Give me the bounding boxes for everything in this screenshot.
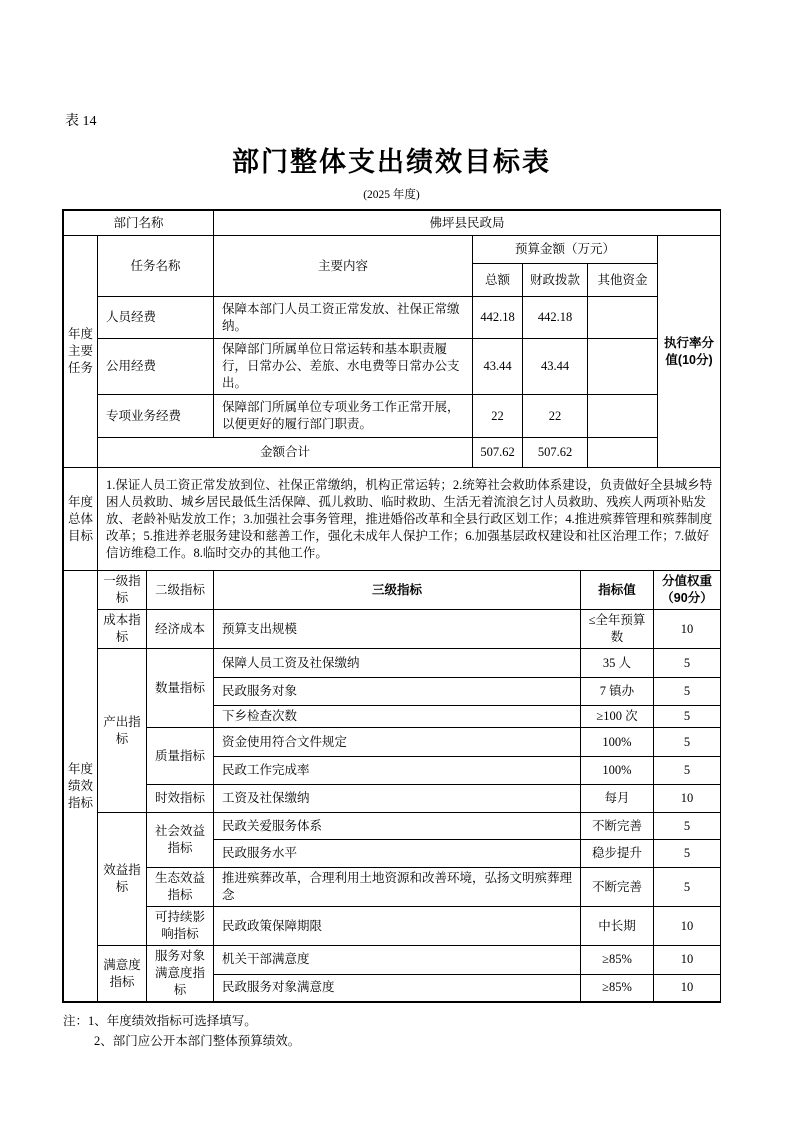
indicator-weight: 5 [654, 649, 721, 678]
col-header-total: 总额 [473, 264, 523, 297]
main-table-frame: 部门名称 佛坪县民政局 年度主要任务 任务名称 主要内容 预算金额（万元） 执行… [63, 210, 720, 1002]
indicator-name: 民政关爱服务体系 [214, 813, 581, 840]
level2-quantity: 数量指标 [147, 649, 214, 728]
indicator-value: 7 镇办 [581, 678, 654, 706]
indicator-name: 工资及社保缴纳 [214, 785, 581, 813]
table-number-label: 表 14 [65, 110, 720, 130]
indicator-name: 保障人员工资及社保缴纳 [214, 649, 581, 678]
document-page: 表 14 部门整体支出绩效目标表 (2025 年度) 部门名称 佛坪县民政局 年… [0, 0, 792, 1121]
col-header-weight: 分值权重（90分） [654, 571, 721, 610]
indicator-value: 不断完善 [581, 868, 654, 907]
dept-name-label: 部门名称 [64, 211, 214, 236]
indicators-table: 年度绩效指标 一级指标 二级指标 三级指标 指标值 分值权重（90分） 成本指标… [63, 570, 721, 1002]
indicator-weight: 5 [654, 728, 721, 757]
footnote-line-1: 注：1、年度绩效指标可选择填写。 [63, 1011, 720, 1031]
task-other [588, 297, 658, 339]
dept-name-value: 佛坪县民政局 [214, 211, 721, 236]
annual-goal-table: 年度总体目标 1.保证人员工资正常发放到位、社保正常缴纳，机构正常运转；2.统筹… [63, 467, 721, 571]
indicator-weight: 5 [654, 813, 721, 840]
section-label-performance-indicators: 年度绩效指标 [64, 571, 98, 1002]
level2-social: 社会效益指标 [147, 813, 214, 868]
table-row: 产出指标 数量指标 保障人员工资及社保缴纳 35 人 5 [64, 649, 721, 678]
level2-service-satisfaction: 服务对象满意度指标 [147, 946, 214, 1002]
task-content: 保障部门所属单位专项业务工作正常开展，以便更好的履行部门职责。 [214, 395, 473, 438]
table-row: 成本指标 经济成本 预算支出规模 ≤全年预算数 10 [64, 610, 721, 649]
dept-table: 部门名称 佛坪县民政局 [63, 210, 721, 236]
indicator-value: 35 人 [581, 649, 654, 678]
section-label-annual-tasks: 年度主要任务 [64, 236, 98, 468]
level2-timeliness: 时效指标 [147, 785, 214, 813]
summary-total: 507.62 [473, 438, 523, 468]
indicator-weight: 10 [654, 946, 721, 975]
level2-sustainable: 可持续影响指标 [147, 907, 214, 946]
indicator-weight: 10 [654, 785, 721, 813]
indicator-name: 推进殡葬改革，合理利用土地资源和改善环境，弘扬文明殡葬理念 [214, 868, 581, 907]
col-header-level3: 三级指标 [214, 571, 581, 610]
level1-satisfaction: 满意度指标 [98, 946, 147, 1002]
level1-benefit: 效益指标 [98, 813, 147, 946]
task-other [588, 339, 658, 395]
summary-label: 金额合计 [98, 438, 473, 468]
col-header-fiscal: 财政拨款 [523, 264, 588, 297]
indicator-value: ≤全年预算数 [581, 610, 654, 649]
task-name: 专项业务经费 [98, 395, 214, 438]
indicator-name: 预算支出规模 [214, 610, 581, 649]
page-subtitle: (2025 年度) [63, 186, 720, 202]
indicator-weight: 5 [654, 840, 721, 868]
indicator-value: 稳步提升 [581, 840, 654, 868]
indicator-value: ≥85% [581, 974, 654, 1001]
indicator-name: 资金使用符合文件规定 [214, 728, 581, 757]
task-fiscal: 43.44 [523, 339, 588, 395]
indicator-name: 下乡检查次数 [214, 706, 581, 728]
table-row: 时效指标 工资及社保缴纳 每月 10 [64, 785, 721, 813]
task-other [588, 395, 658, 438]
sheet: 表 14 部门整体支出绩效目标表 (2025 年度) 部门名称 佛坪县民政局 年… [63, 0, 720, 1051]
table-row: 专项业务经费 保障部门所属单位专项业务工作正常开展，以便更好的履行部门职责。 2… [64, 395, 721, 438]
col-header-task-name: 任务名称 [98, 236, 214, 297]
table-row: 生态效益指标 推进殡葬改革，合理利用土地资源和改善环境，弘扬文明殡葬理念 不断完… [64, 868, 721, 907]
summary-other [588, 438, 658, 468]
table-row: 金额合计 507.62 507.62 [64, 438, 721, 468]
summary-fiscal: 507.62 [523, 438, 588, 468]
indicator-value: ≥85% [581, 946, 654, 975]
table-row: 质量指标 资金使用符合文件规定 100% 5 [64, 728, 721, 757]
level1-output: 产出指标 [98, 649, 147, 813]
execution-rate-score-cell: 执行率分值(10分) [658, 236, 721, 468]
task-content: 保障部门所属单位日常运转和基本职责履行，日常办公、差旅、水电费等日常办公支出。 [214, 339, 473, 395]
indicator-weight: 5 [654, 868, 721, 907]
footnote-line-2: 2、部门应公开本部门整体预算绩效。 [63, 1031, 720, 1051]
table-row: 满意度指标 服务对象满意度指标 机关干部满意度 ≥85% 10 [64, 946, 721, 975]
indicator-name: 民政服务对象满意度 [214, 974, 581, 1001]
col-header-budget-group: 预算金额（万元） [473, 236, 658, 264]
task-total: 22 [473, 395, 523, 438]
indicator-name: 机关干部满意度 [214, 946, 581, 975]
level2-economic: 经济成本 [147, 610, 214, 649]
indicator-value: 中长期 [581, 907, 654, 946]
level1-cost: 成本指标 [98, 610, 147, 649]
indicator-value: ≥100 次 [581, 706, 654, 728]
indicator-value: 每月 [581, 785, 654, 813]
task-fiscal: 22 [523, 395, 588, 438]
page-title: 部门整体支出绩效目标表 [63, 140, 720, 179]
indicator-name: 民政政策保障期限 [214, 907, 581, 946]
task-content: 保障本部门人员工资正常发放、社保正常缴纳。 [214, 297, 473, 339]
col-header-level1: 一级指标 [98, 571, 147, 610]
task-fiscal: 442.18 [523, 297, 588, 339]
indicator-weight: 5 [654, 706, 721, 728]
indicator-weight: 10 [654, 610, 721, 649]
level2-quality: 质量指标 [147, 728, 214, 785]
indicator-value: 100% [581, 728, 654, 757]
indicator-weight: 5 [654, 678, 721, 706]
indicator-weight: 10 [654, 974, 721, 1001]
indicator-name: 民政工作完成率 [214, 757, 581, 785]
annual-goal-text: 1.保证人员工资正常发放到位、社保正常缴纳，机构正常运转；2.统筹社会救助体系建… [98, 468, 721, 571]
indicator-value: 100% [581, 757, 654, 785]
section-label-annual-goal: 年度总体目标 [64, 468, 98, 571]
indicator-weight: 5 [654, 757, 721, 785]
tasks-table: 年度主要任务 任务名称 主要内容 预算金额（万元） 执行率分值(10分) 总额 … [63, 235, 721, 468]
level2-ecological: 生态效益指标 [147, 868, 214, 907]
indicator-name: 民政服务对象 [214, 678, 581, 706]
indicator-weight: 10 [654, 907, 721, 946]
table-row: 人员经费 保障本部门人员工资正常发放、社保正常缴纳。 442.18 442.18 [64, 297, 721, 339]
table-row: 可持续影响指标 民政政策保障期限 中长期 10 [64, 907, 721, 946]
task-name: 人员经费 [98, 297, 214, 339]
table-row: 公用经费 保障部门所属单位日常运转和基本职责履行，日常办公、差旅、水电费等日常办… [64, 339, 721, 395]
indicator-name: 民政服务水平 [214, 840, 581, 868]
table-row: 效益指标 社会效益指标 民政关爱服务体系 不断完善 5 [64, 813, 721, 840]
footnotes: 注：1、年度绩效指标可选择填写。 2、部门应公开本部门整体预算绩效。 [63, 1011, 720, 1051]
task-total: 442.18 [473, 297, 523, 339]
indicator-value: 不断完善 [581, 813, 654, 840]
col-header-other-funds: 其他资金 [588, 264, 658, 297]
task-total: 43.44 [473, 339, 523, 395]
col-header-indicator-value: 指标值 [581, 571, 654, 610]
task-name: 公用经费 [98, 339, 214, 395]
col-header-main-content: 主要内容 [214, 236, 473, 297]
col-header-level2: 二级指标 [147, 571, 214, 610]
